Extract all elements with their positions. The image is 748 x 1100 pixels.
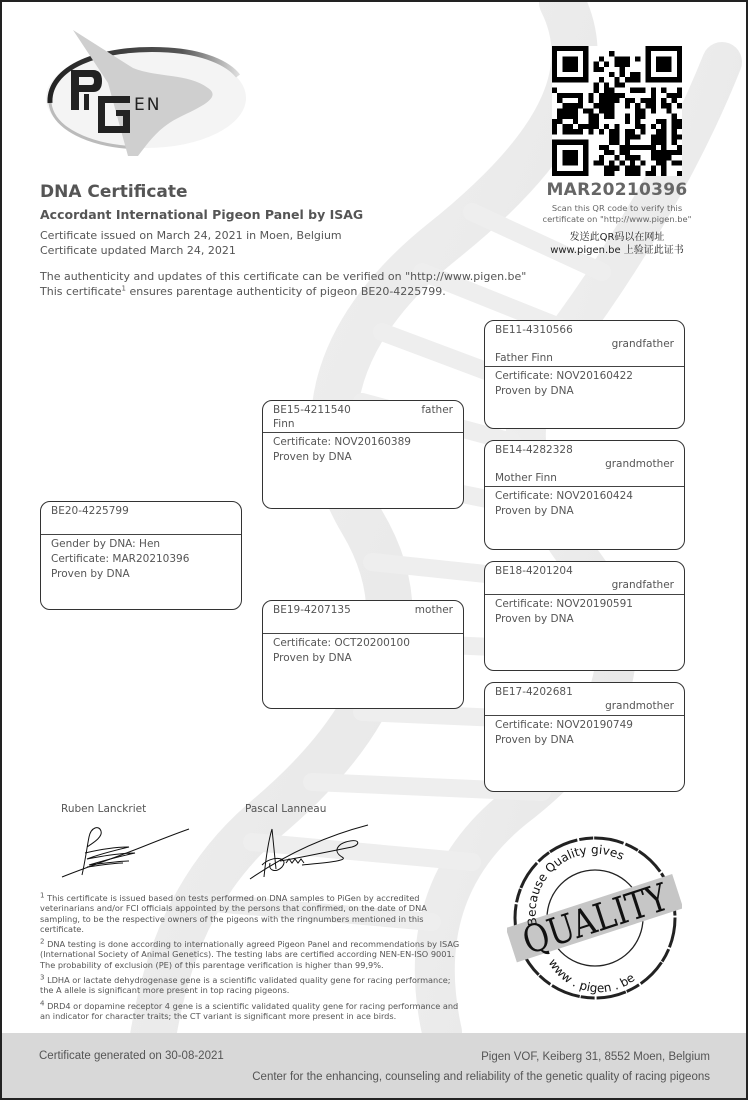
parentage-text-pre: This certificate (40, 285, 121, 298)
qr-hint-chinese: 发送此QR码以在网址 www.pigen.be 上验证此证书 (542, 231, 692, 257)
certificate-subtitle: Accordant International Pigeon Panel by … (40, 207, 363, 222)
qr-hint: Scan this QR code to verify this certifi… (542, 203, 692, 225)
qr-cn-line2: www.pigen.be 上验证此证书 (542, 244, 692, 257)
pigeon-box-details: Gender by DNA: Hen Certificate: MAR20210… (41, 535, 241, 584)
company-tagline: Center for the enhancing, counseling and… (252, 1071, 710, 1083)
qr-verification-block: MAR20210396 Scan this QR code to verify … (542, 46, 692, 257)
footnotes: 1 This certificate is issued based on te… (40, 893, 460, 1026)
quality-stamp: QUALITY Because Quality gives www . pige… (507, 830, 682, 1005)
certificate-page: EN DNA Certificate Accordant Internation… (0, 0, 748, 1100)
pigeon-box-paternal-grandfather: BE11-4310566 grandfather Father Finn Cer… (484, 320, 685, 429)
ring-number: BE14-4282328 (495, 443, 674, 457)
ring-number: BE17-4202681 (495, 685, 674, 699)
company-address: Pigen VOF, Keiberg 31, 8552 Moen, Belgiu… (481, 1051, 710, 1063)
pigen-logo: EN (38, 28, 258, 158)
pigeon-box-maternal-grandfather: BE18-4201204 grandfather Certificate: NO… (484, 561, 685, 671)
footer: Certificate generated on 30-08-2021 Pige… (2, 1033, 746, 1100)
parentage-text: This certificate1 ensures parentage auth… (40, 285, 526, 300)
proof-status: Proven by DNA (495, 384, 674, 399)
updated-date: Certificate updated March 24, 2021 (40, 244, 342, 259)
pigeon-box-header: BE11-4310566 grandfather Father Finn (485, 321, 684, 367)
pigeon-name: Father Finn (495, 351, 674, 365)
pigeon-box-details: Certificate: NOV20190591 Proven by DNA (485, 595, 684, 629)
certificate-title: DNA Certificate (40, 182, 188, 202)
proof-status: Proven by DNA (273, 651, 453, 666)
svg-text:EN: EN (134, 95, 161, 115)
signatory-name-2: Pascal Lanneau (245, 803, 326, 815)
verification-text: The authenticity and updates of this cer… (40, 270, 526, 285)
relation-label: mother (415, 603, 453, 617)
certificate-number: Certificate: NOV20160422 (495, 369, 674, 384)
pigeon-box-details: Certificate: NOV20160389 Proven by DNA (263, 433, 463, 467)
footnote-4: 4 DRD4 or dopamine receptor 4 gene is a … (40, 1001, 460, 1022)
pigeon-box-details: Certificate: NOV20160424 Proven by DNA (485, 487, 684, 521)
ring-number: BE20-4225799 (51, 504, 231, 518)
qr-hint-line2: certificate on "http://www.pigen.be" (542, 214, 692, 225)
relation-label: grandmother (605, 699, 674, 713)
certificate-number: Certificate: OCT20200100 (273, 636, 453, 651)
relation-label: father (421, 403, 453, 417)
pigeon-box-header: BE19-4207135 mother (263, 601, 463, 634)
footnote-1: 1 This certificate is issued based on te… (40, 893, 460, 934)
qr-hint-line1: Scan this QR code to verify this (542, 203, 692, 214)
pigeon-box-paternal-grandmother: BE14-4282328 grandmother Mother Finn Cer… (484, 440, 685, 550)
gender: Gender by DNA: Hen (51, 537, 231, 552)
relation-label: grandfather (612, 337, 674, 351)
proof-status: Proven by DNA (51, 567, 231, 582)
footnote-text: LDHA or lactate dehydrogenase gene is a … (40, 975, 451, 995)
proof-status: Proven by DNA (273, 450, 453, 465)
issued-date: Certificate issued on March 24, 2021 in … (40, 229, 342, 244)
authenticity-statement: The authenticity and updates of this cer… (40, 270, 526, 299)
pigeon-box-header: BE17-4202681 grandmother (485, 683, 684, 716)
pigeon-box-main: BE20-4225799 Gender by DNA: Hen Certific… (40, 501, 242, 610)
footnote-text: This certificate is issued based on test… (40, 893, 427, 934)
pigeon-box-details: Certificate: NOV20160422 Proven by DNA (485, 367, 684, 401)
pigeon-name: Finn (273, 417, 453, 431)
footnote-3: 3 LDHA or lactate dehydrogenase gene is … (40, 975, 460, 996)
footnote-text: DNA testing is done according to interna… (40, 939, 459, 970)
footnote-2: 2 DNA testing is done according to inter… (40, 939, 460, 970)
pigeon-box-header: BE18-4201204 grandfather (485, 562, 684, 595)
pigeon-box-details: Certificate: OCT20200100 Proven by DNA (263, 634, 463, 668)
issue-info: Certificate issued on March 24, 2021 in … (40, 229, 342, 258)
certificate-number: Certificate: NOV20190591 (495, 597, 674, 612)
pigeon-box-header: BE20-4225799 (41, 502, 241, 535)
pigeon-box-details: Certificate: NOV20190749 Proven by DNA (485, 716, 684, 750)
certificate-number: Certificate: MAR20210396 (51, 552, 231, 567)
ring-number: BE18-4201204 (495, 564, 674, 578)
signature-1 (57, 817, 197, 882)
relation-label: grandmother (605, 457, 674, 471)
pigeon-name: Mother Finn (495, 471, 674, 485)
proof-status: Proven by DNA (495, 612, 674, 627)
footnote-text: DRD4 or dopamine receptor 4 gene is a sc… (40, 1001, 458, 1021)
pigeon-box-header: BE14-4282328 grandmother Mother Finn (485, 441, 684, 487)
pigeon-box-maternal-grandmother: BE17-4202681 grandmother Certificate: NO… (484, 682, 685, 792)
pigeon-box-mother: BE19-4207135 mother Certificate: OCT2020… (262, 600, 464, 709)
certificate-number: Certificate: NOV20160389 (273, 435, 453, 450)
generated-date: Certificate generated on 30-08-2021 (39, 1050, 224, 1062)
proof-status: Proven by DNA (495, 733, 674, 748)
signature-2 (242, 817, 382, 882)
certificate-code: MAR20210396 (542, 180, 692, 200)
signatory-name-1: Ruben Lanckriet (61, 803, 146, 815)
pigeon-box-header: BE15-4211540 father Finn (263, 401, 463, 433)
certificate-number: Certificate: NOV20160424 (495, 489, 674, 504)
relation-label: grandfather (612, 578, 674, 592)
qr-code[interactable] (552, 46, 682, 176)
pigeon-box-father: BE15-4211540 father Finn Certificate: NO… (262, 400, 464, 509)
parentage-text-post: ensures parentage authenticity of pigeon… (126, 285, 446, 298)
certificate-number: Certificate: NOV20190749 (495, 718, 674, 733)
ring-number: BE11-4310566 (495, 323, 674, 337)
qr-cn-line1: 发送此QR码以在网址 (542, 231, 692, 244)
proof-status: Proven by DNA (495, 504, 674, 519)
